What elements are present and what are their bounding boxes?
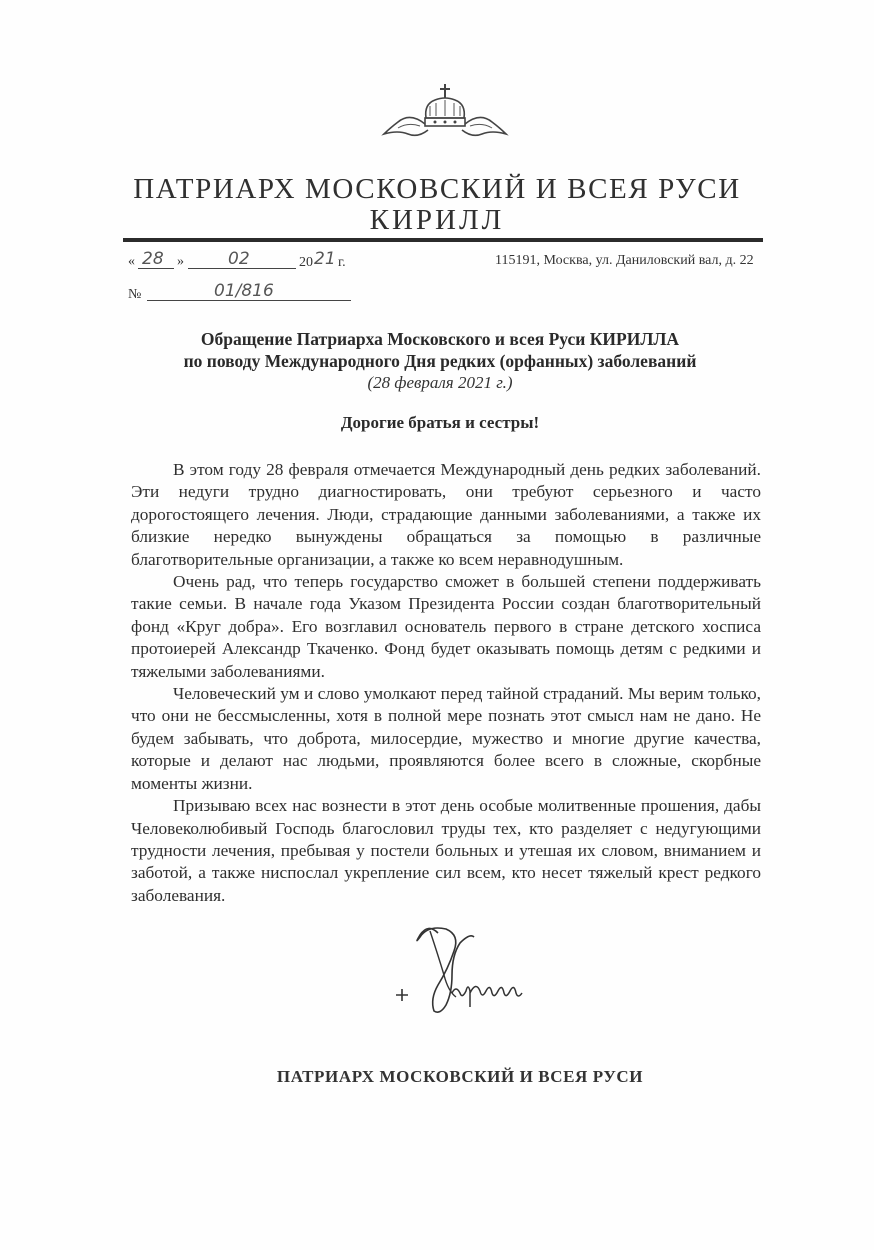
letterhead-title: ПАТРИАРХ МОСКОВСКИЙ И ВСЕЯ РУСИ	[100, 173, 774, 206]
letter-body: В этом году 28 февраля отмечается Междун…	[131, 459, 761, 907]
paragraph: В этом году 28 февраля отмечается Междун…	[131, 459, 761, 571]
year-prefix: 20	[299, 255, 313, 271]
crown-emblem-icon	[380, 82, 510, 144]
signatory-title: ПАТРИАРХ МОСКОВСКИЙ И ВСЕЯ РУСИ	[240, 1067, 680, 1087]
letter-page: ПАТРИАРХ МОСКОВСКИЙ И ВСЕЯ РУСИ КИРИЛЛ «…	[0, 0, 874, 1250]
signature-image	[390, 915, 560, 1015]
appeal-subtitle: по поводу Международного Дня редких (орф…	[120, 351, 760, 372]
date-month-underline	[188, 268, 296, 269]
number-underline	[147, 300, 351, 301]
appeal-title: Обращение Патриарха Московского и всея Р…	[120, 329, 760, 350]
number-value: 01/816	[214, 281, 274, 301]
year-suffix: 21	[314, 249, 336, 269]
paragraph: Очень рад, что теперь государство сможет…	[131, 571, 761, 683]
paragraph: Призываю всех нас вознести в этот день о…	[131, 795, 761, 907]
appeal-date: (28 февраля 2021 г.)	[120, 373, 760, 393]
date-open-quote: «	[128, 254, 135, 270]
letterhead-divider	[123, 238, 763, 242]
number-label: №	[128, 287, 141, 303]
date-day: 28	[142, 249, 164, 269]
date-close-quote: »	[177, 254, 184, 270]
address: 115191, Москва, ул. Даниловский вал, д. …	[495, 253, 754, 269]
date-day-underline	[138, 268, 174, 269]
year-unit: г.	[338, 255, 346, 271]
greeting: Дорогие братья и сестры!	[120, 413, 760, 433]
paragraph: Человеческий ум и слово умолкают перед т…	[131, 683, 761, 795]
letterhead-name: КИРИЛЛ	[100, 204, 774, 237]
date-month: 02	[228, 249, 250, 269]
